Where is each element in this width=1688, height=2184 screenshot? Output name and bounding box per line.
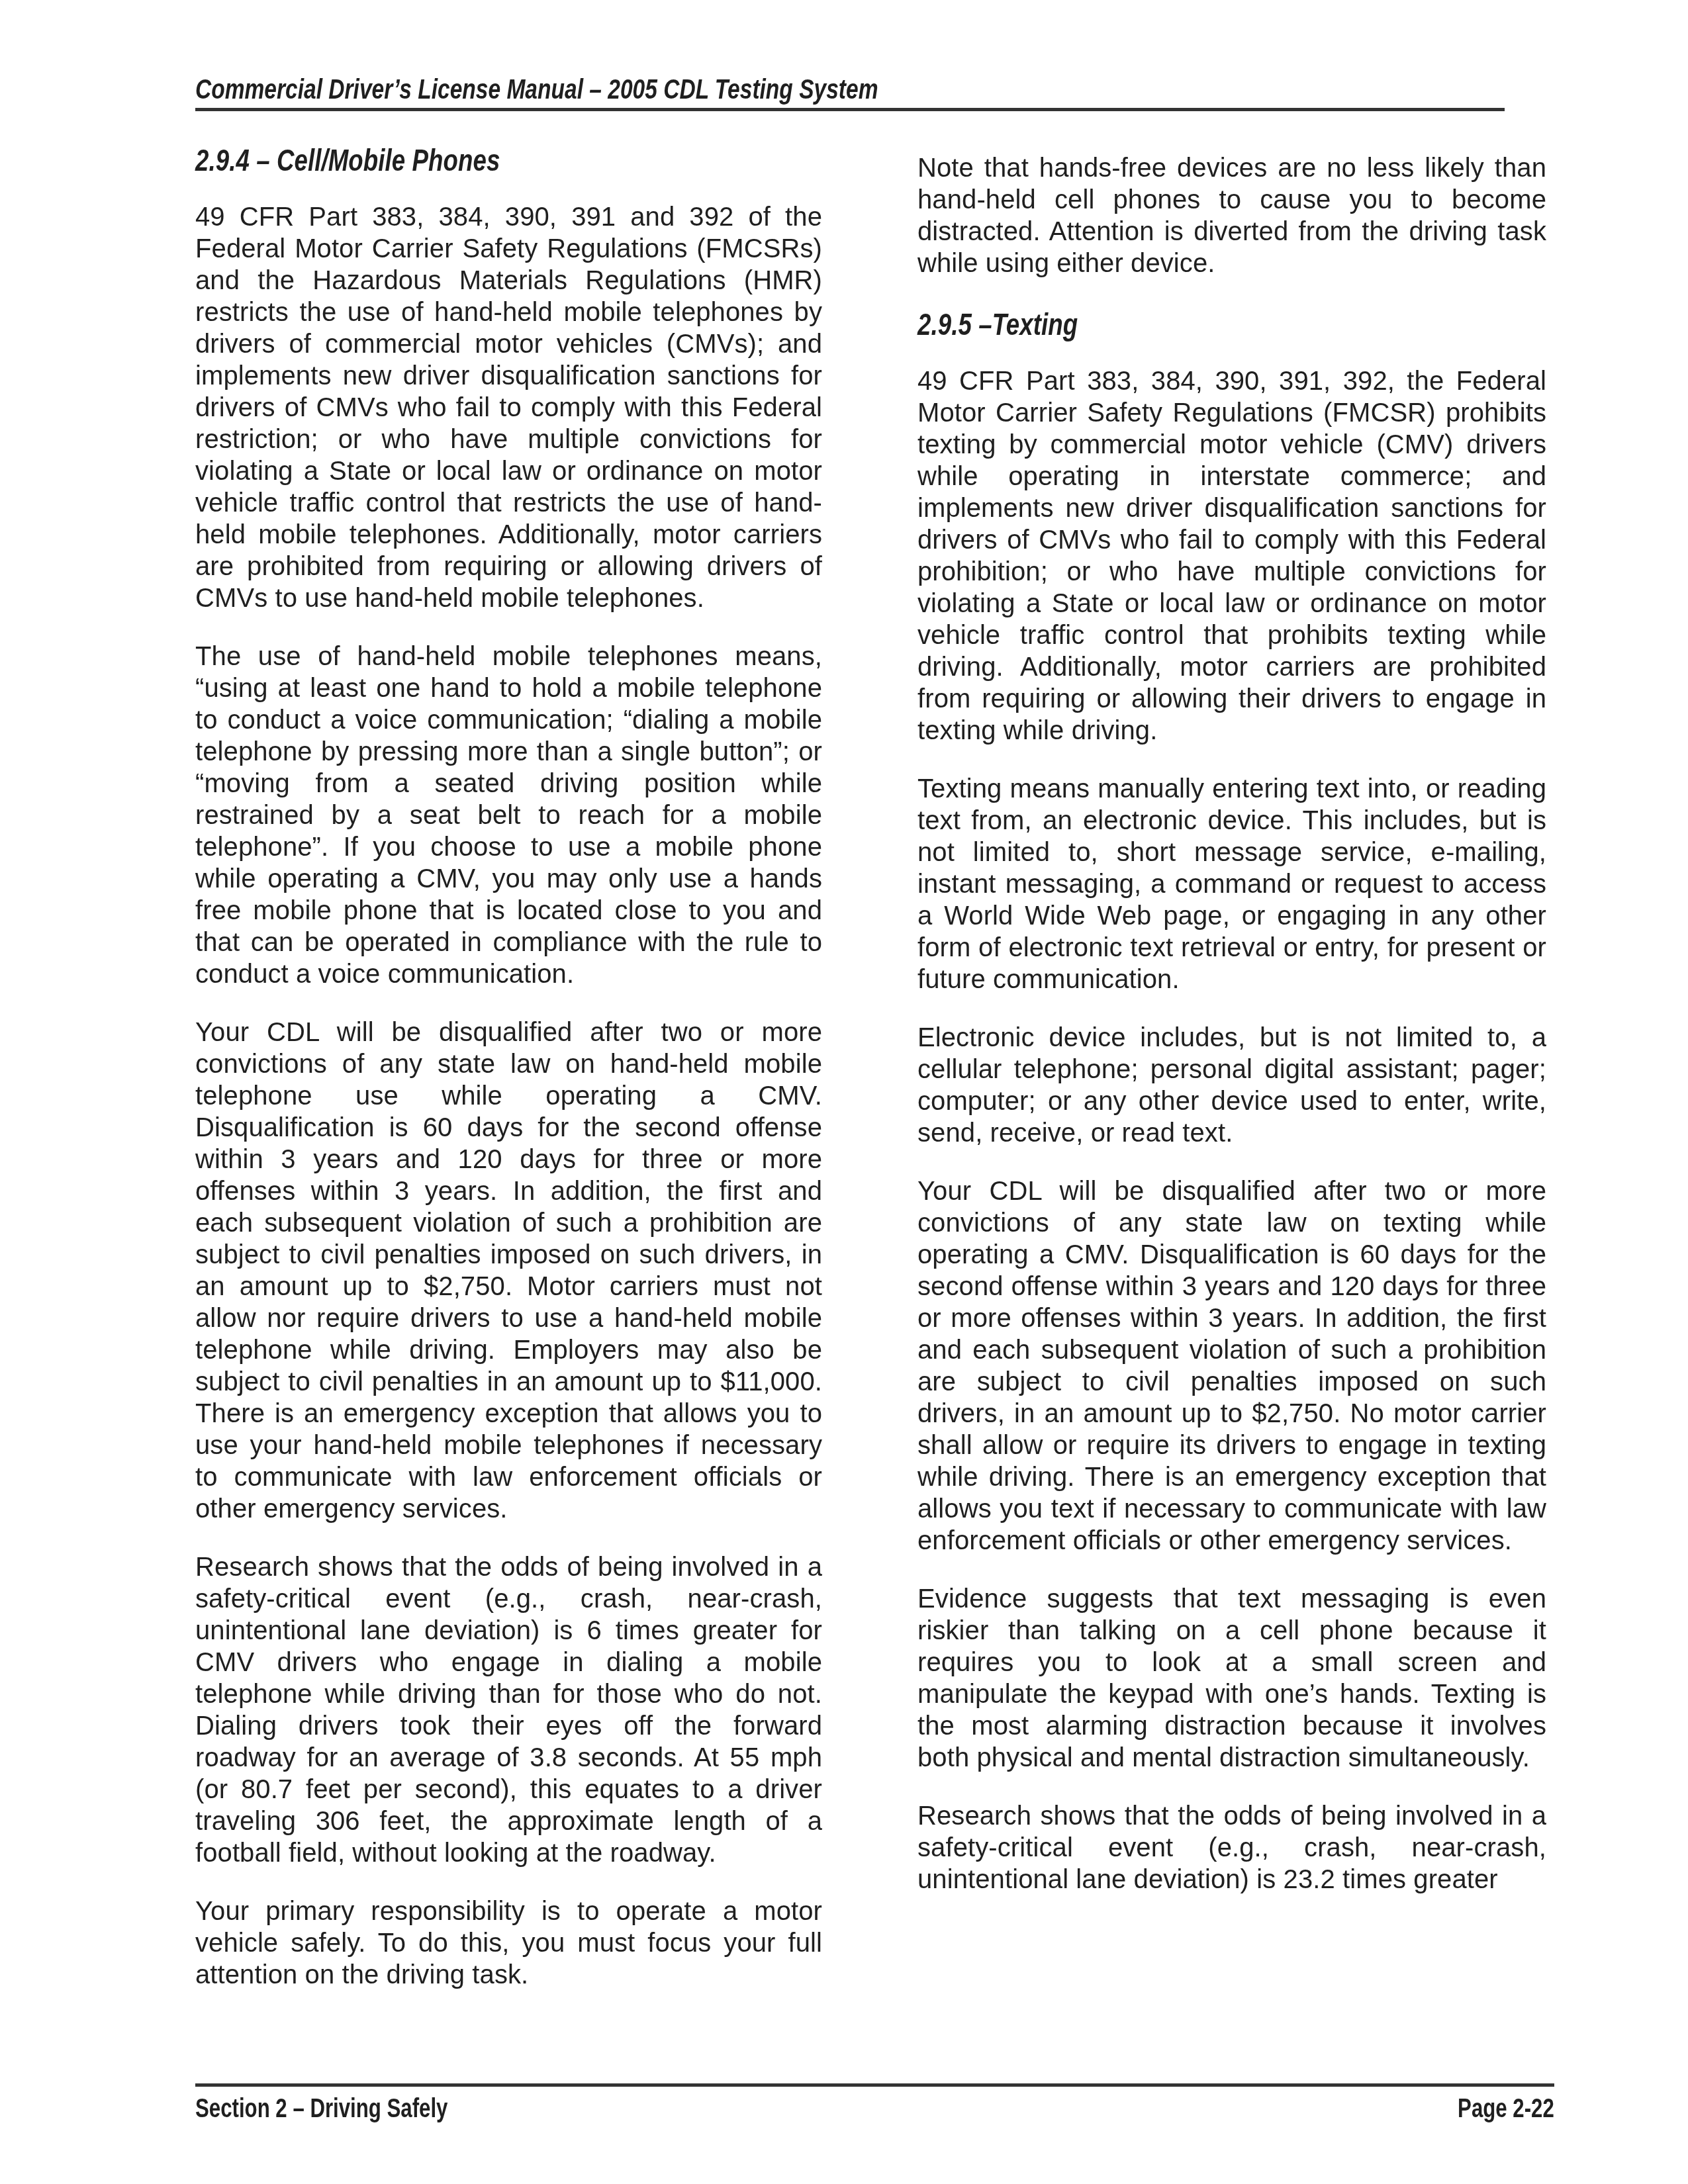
page-header: Commercial Driver’s License Manual – 200… — [195, 73, 1505, 111]
footer-page-number: Page 2-22 — [1458, 2093, 1554, 2124]
paragraph-texting-risk-evidence: Evidence suggests that text messaging is… — [917, 1583, 1546, 1774]
paragraph-cdl-disqualification-texting: Your CDL will be disqualified after two … — [917, 1175, 1546, 1557]
paragraph-primary-responsibility: Your primary responsibility is to operat… — [195, 1895, 822, 1991]
column-left: 2.9.4 – Cell/Mobile Phones 49 CFR Part 3… — [195, 139, 822, 2017]
manual-page: Commercial Driver’s License Manual – 200… — [0, 0, 1688, 2184]
paragraph-cell-phones-regulations: 49 CFR Part 383, 384, 390, 391 and 392 o… — [195, 201, 822, 614]
footer-section-label: Section 2 – Driving Safely — [195, 2093, 447, 2124]
paragraph-research-dialing: Research shows that the odds of being in… — [195, 1551, 822, 1869]
header-title: Commercial Driver’s License Manual – 200… — [195, 73, 1217, 106]
page-footer: Section 2 – Driving Safely Page 2-22 — [195, 2083, 1554, 2124]
column-right: Note that hands-free devices are no less… — [917, 139, 1546, 1922]
paragraph-texting-definition: Texting means manually entering text int… — [917, 773, 1546, 995]
section-heading-2-9-4: 2.9.4 – Cell/Mobile Phones — [195, 142, 684, 179]
paragraph-texting-regulations: 49 CFR Part 383, 384, 390, 391, 392, the… — [917, 365, 1546, 747]
paragraph-electronic-device-definition: Electronic device includes, but is not l… — [917, 1022, 1546, 1149]
section-heading-2-9-5: 2.9.5 –Texting — [917, 306, 1408, 343]
paragraph-hands-free-note: Note that hands-free devices are no less… — [917, 152, 1546, 279]
paragraph-cdl-disqualification-phone: Your CDL will be disqualified after two … — [195, 1017, 822, 1525]
paragraph-handheld-definition: The use of hand-held mobile telephones m… — [195, 641, 822, 990]
paragraph-research-texting: Research shows that the odds of being in… — [917, 1800, 1546, 1895]
